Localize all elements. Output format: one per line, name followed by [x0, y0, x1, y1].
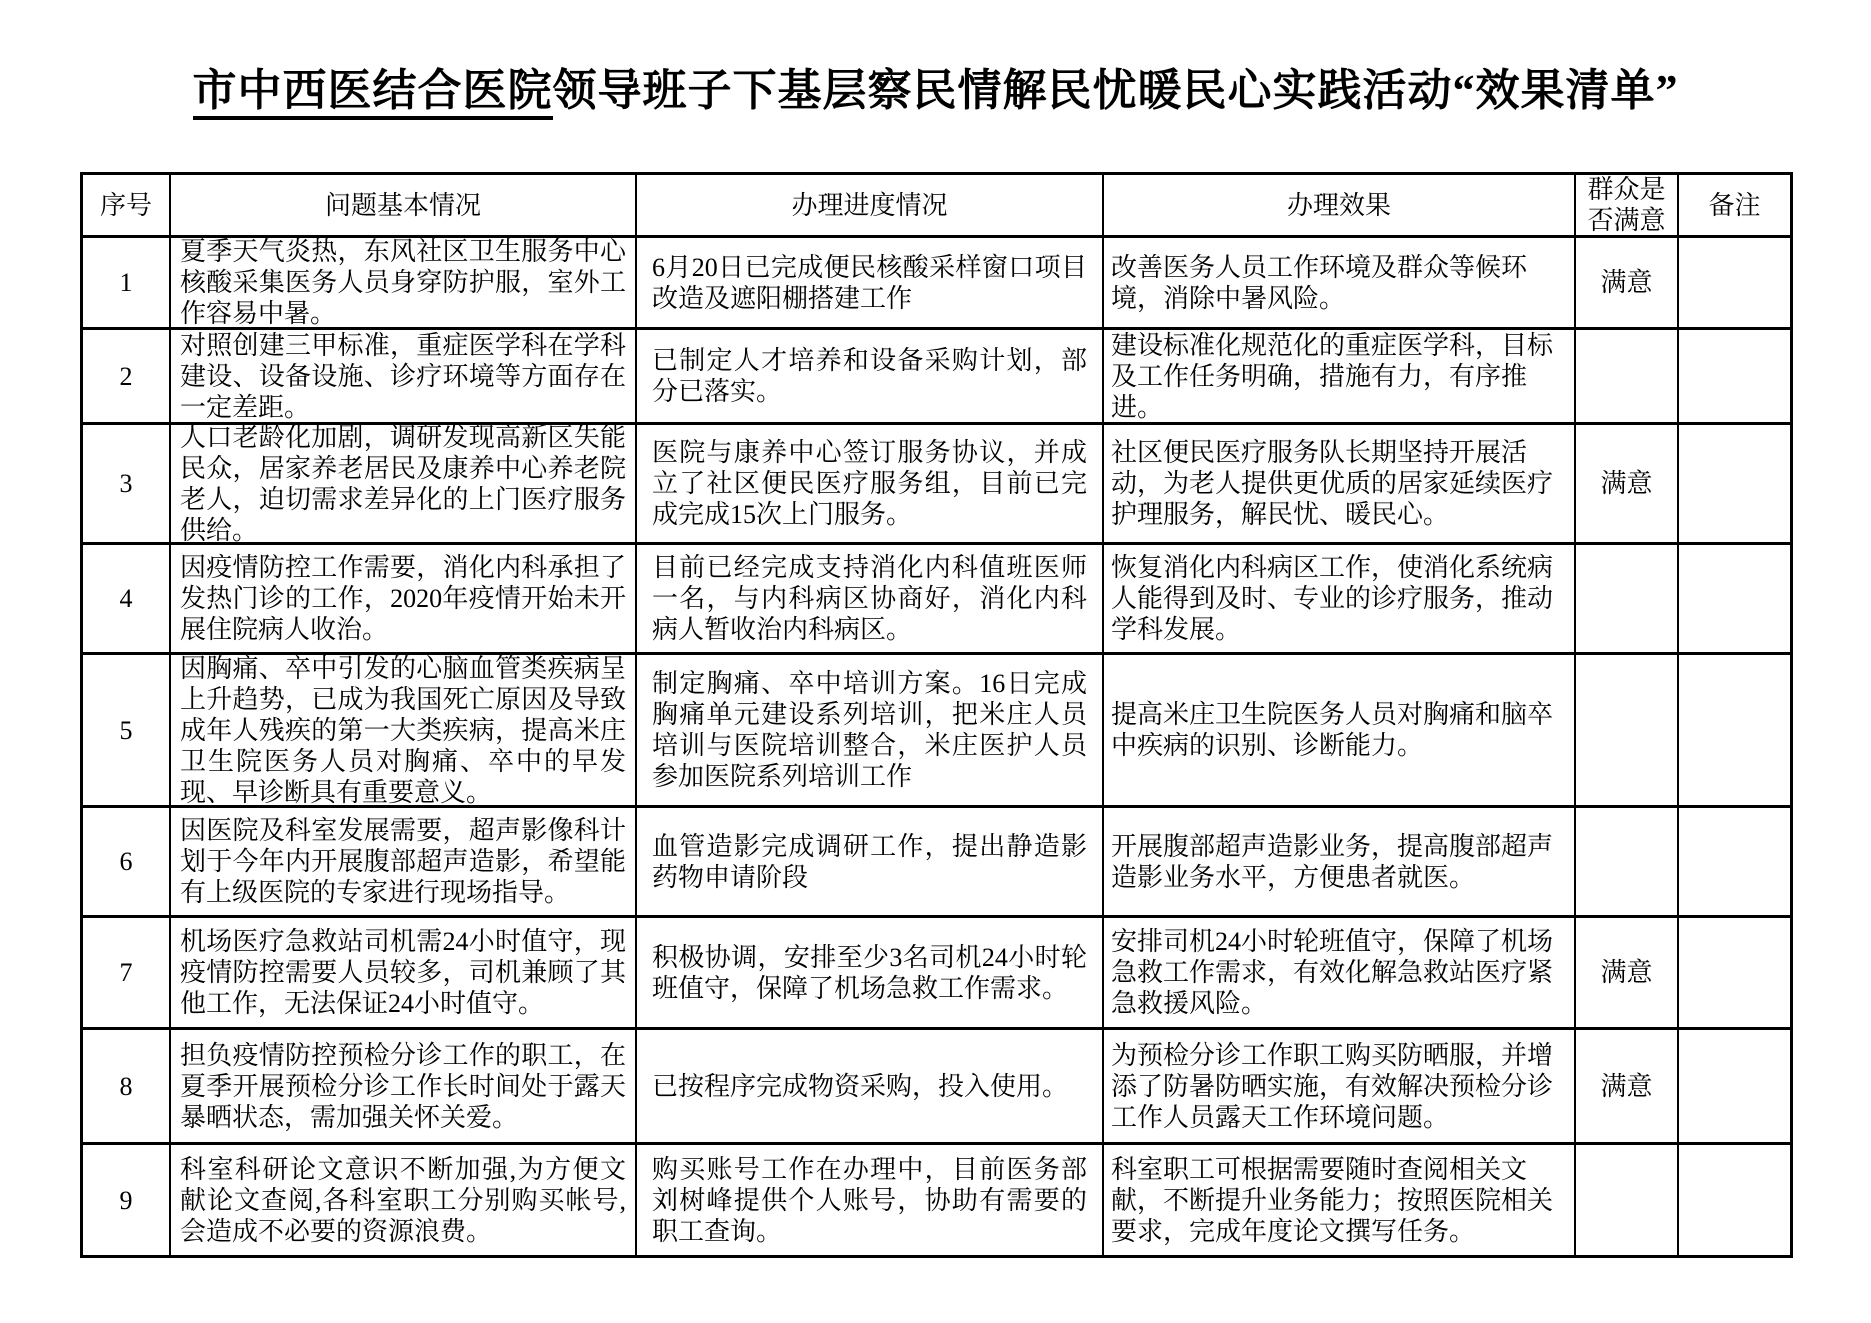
row-number-cell: 3: [83, 425, 171, 545]
problem-cell: 因胸痛、卒中引发的心脑血管类疾病呈上升趋势，已成为我国死亡原因及导致成年人残疾的…: [171, 655, 637, 808]
satisfaction-cell: [1576, 330, 1679, 425]
problem-cell: 因疫情防控工作需要，消化内科承担了发热门诊的工作，2020年疫情开始未开展住院病…: [171, 545, 637, 655]
row-number-cell: 9: [83, 1145, 171, 1255]
remark-cell: [1679, 238, 1790, 330]
header-satisfaction: 群众是否满意: [1576, 175, 1679, 238]
remark-cell: [1679, 918, 1790, 1030]
effect-cell: 安排司机24小时轮班值守，保障了机场急救工作需求，有效化解急救站医疗紧急救援风险…: [1104, 918, 1576, 1030]
satisfaction-cell: [1576, 1145, 1679, 1255]
progress-cell: 积极协调，安排至少3名司机24小时轮班值守，保障了机场急救工作需求。: [637, 918, 1104, 1030]
remark-cell: [1679, 330, 1790, 425]
problem-cell: 机场医疗急救站司机需24小时值守，现疫情防控需要人员较多，司机兼顾了其他工作，无…: [171, 918, 637, 1030]
progress-cell: 已按程序完成物资采购，投入使用。: [637, 1030, 1104, 1145]
title-rest-segment: 领导班子下基层察民情解民忧暖民心实践活动“效果清单”: [553, 66, 1679, 115]
remark-cell: [1679, 655, 1790, 808]
remark-cell: [1679, 808, 1790, 918]
effect-cell: 开展腹部超声造影业务，提高腹部超声造影业务水平，方便患者就医。: [1104, 808, 1576, 918]
row-number-cell: 4: [83, 545, 171, 655]
problem-cell: 科室科研论文意识不断加强,为方便文献论文查阅,各科室职工分别购买帐号,会造成不必…: [171, 1145, 637, 1255]
remark-cell: [1679, 425, 1790, 545]
row-number-cell: 5: [83, 655, 171, 808]
satisfaction-cell: [1576, 808, 1679, 918]
remark-cell: [1679, 545, 1790, 655]
satisfaction-cell: 满意: [1576, 1030, 1679, 1145]
row-number-cell: 8: [83, 1030, 171, 1145]
effect-cell: 科室职工可根据需要随时查阅相关文献，不断提升业务能力；按照医院相关要求，完成年度…: [1104, 1145, 1576, 1255]
problem-cell: 因医院及科室发展需要，超声影像科计划于今年内开展腹部超声造影，希望能有上级医院的…: [171, 808, 637, 918]
progress-cell: 血管造影完成调研工作，提出静造影药物申请阶段: [637, 808, 1104, 918]
row-number-cell: 7: [83, 918, 171, 1030]
effect-list-table: 序号 问题基本情况 办理进度情况 办理效果 群众是否满意 备注 1 夏季天气炎热…: [80, 172, 1793, 1258]
progress-cell: 已制定人才培养和设备采购计划，部分已落实。: [637, 330, 1104, 425]
effect-cell: 为预检分诊工作职工购买防晒服，并增添了防暑防晒实施，有效解决预检分诊工作人员露天…: [1104, 1030, 1576, 1145]
progress-cell: 目前已经完成支持消化内科值班医师一名，与内科病区协商好，消化内科病人暂收治内科病…: [637, 545, 1104, 655]
satisfaction-cell: [1576, 545, 1679, 655]
effect-cell: 社区便民医疗服务队长期坚持开展活动，为老人提供更优质的居家延续医疗护理服务，解民…: [1104, 425, 1576, 545]
header-progress: 办理进度情况: [637, 175, 1104, 238]
effect-cell: 恢复消化内科病区工作，使消化系统病人能得到及时、专业的诊疗服务，推动学科发展。: [1104, 545, 1576, 655]
remark-cell: [1679, 1145, 1790, 1255]
progress-cell: 医院与康养中心签订服务协议，并成立了社区便民医疗服务组，目前已完成完成15次上门…: [637, 425, 1104, 545]
satisfaction-cell: [1576, 655, 1679, 808]
header-effect: 办理效果: [1104, 175, 1576, 238]
satisfaction-cell: 满意: [1576, 918, 1679, 1030]
problem-cell: 人口老龄化加剧，调研发现高新区失能民众，居家养老居民及康养中心养老院老人，迫切需…: [171, 425, 637, 545]
problem-cell: 对照创建三甲标准，重症医学科在学科建设、设备设施、诊疗环境等方面存在一定差距。: [171, 330, 637, 425]
row-number-cell: 6: [83, 808, 171, 918]
problem-cell: 夏季天气炎热，东风社区卫生服务中心核酸采集医务人员身穿防护服，室外工作容易中暑。: [171, 238, 637, 330]
problem-cell: 担负疫情防控预检分诊工作的职工，在夏季开展预检分诊工作长时间处于露天暴晒状态，需…: [171, 1030, 637, 1145]
satisfaction-cell: 满意: [1576, 238, 1679, 330]
progress-cell: 6月20日已完成便民核酸采样窗口项目改造及遮阳棚搭建工作: [637, 238, 1104, 330]
satisfaction-cell: 满意: [1576, 425, 1679, 545]
document-page: 市中西医结合医院领导班子下基层察民情解民忧暖民心实践活动“效果清单” 序号 问题…: [0, 0, 1871, 1323]
progress-cell: 制定胸痛、卒中培训方案。16日完成胸痛单元建设系列培训，把米庄人员培训与医院培训…: [637, 655, 1104, 808]
row-number-cell: 2: [83, 330, 171, 425]
effect-cell: 提高米庄卫生院医务人员对胸痛和脑卒中疾病的识别、诊断能力。: [1104, 655, 1576, 808]
remark-cell: [1679, 1030, 1790, 1145]
effect-cell: 建设标准化规范化的重症医学科，目标及工作任务明确，措施有力，有序推进。: [1104, 330, 1576, 425]
header-problem: 问题基本情况: [171, 175, 637, 238]
title-underlined-segment: 市中西医结合医院: [193, 66, 553, 120]
header-no: 序号: [83, 175, 171, 238]
page-title: 市中西医结合医院领导班子下基层察民情解民忧暖民心实践活动“效果清单”: [0, 54, 1871, 118]
effect-cell: 改善医务人员工作环境及群众等候环境，消除中暑风险。: [1104, 238, 1576, 330]
progress-cell: 购买账号工作在办理中，目前医务部刘树峰提供个人账号，协助有需要的职工查询。: [637, 1145, 1104, 1255]
header-remark: 备注: [1679, 175, 1790, 238]
row-number-cell: 1: [83, 238, 171, 330]
